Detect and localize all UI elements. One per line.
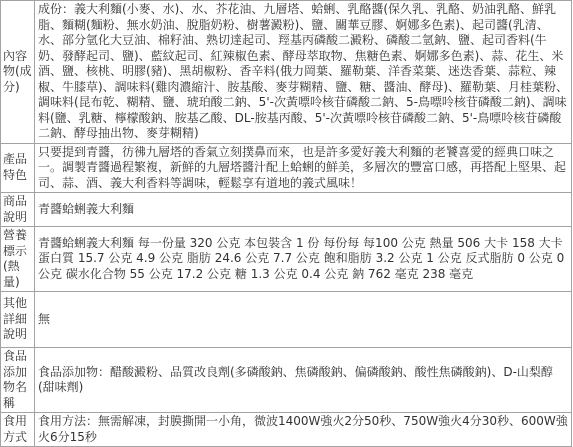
row-content-description: 青醬蛤蜊義大利麵 [35,193,572,227]
row-content-features: 只要提到青醬，彷彿九層塔的香氣立刻撲鼻而來，也是許多愛好義大利麵的老饕喜愛的經典… [35,143,572,193]
row-label-description: 商品說明 [1,193,35,227]
row-content-nutrition: 青醬蛤蜊義大利麵 每一份量 320 公克 本包裝含 1 份 每份每 每100 公… [35,227,572,292]
row-label-other-details: 其他詳細說明 [1,292,35,348]
row-content-ingredients: 成份：義大利麵(小麥、水)、水、芥花油、九層塔、蛤蜊、乳酪醬(保久乳、乳酪、奶油… [35,1,572,144]
table-row-other-details: 其他詳細說明 無 [1,292,572,348]
row-label-features: 產品特色 [1,143,35,193]
row-label-additives: 食品添加物名稱 [1,348,35,413]
table-row-serving-method: 食用方式 食用方法：無需解凍，封膜撕開一小角，微波1400W強火2分50秒、75… [1,413,572,447]
table-row-ingredients: 內容物(成分) 成份：義大利麵(小麥、水)、水、芥花油、九層塔、蛤蜊、乳酪醬(保… [1,1,572,144]
row-label-ingredients: 內容物(成分) [1,1,35,144]
row-content-other-details: 無 [35,292,572,348]
row-label-serving-method: 食用方式 [1,413,35,447]
product-spec-table: 內容物(成分) 成份：義大利麵(小麥、水)、水、芥花油、九層塔、蛤蜊、乳酪醬(保… [0,0,572,447]
table-row-nutrition: 營養標示(熱量) 青醬蛤蜊義大利麵 每一份量 320 公克 本包裝含 1 份 每… [1,227,572,292]
table-row-additives: 食品添加物名稱 食品添加物：醋酸澱粉、品質改良劑(多磷酸鈉、焦磷酸鈉、偏磷酸鈉、… [1,348,572,413]
row-content-serving-method: 食用方法：無需解凍，封膜撕開一小角，微波1400W強火2分50秒、750W強火4… [35,413,572,447]
table-row-features: 產品特色 只要提到青醬，彷彿九層塔的香氣立刻撲鼻而來，也是許多愛好義大利麵的老饕… [1,143,572,193]
table-row-description: 商品說明 青醬蛤蜊義大利麵 [1,193,572,227]
row-content-additives: 食品添加物：醋酸澱粉、品質改良劑(多磷酸鈉、焦磷酸鈉、偏磷酸鈉、酸性焦磷酸鈉)、… [35,348,572,413]
row-label-nutrition: 營養標示(熱量) [1,227,35,292]
